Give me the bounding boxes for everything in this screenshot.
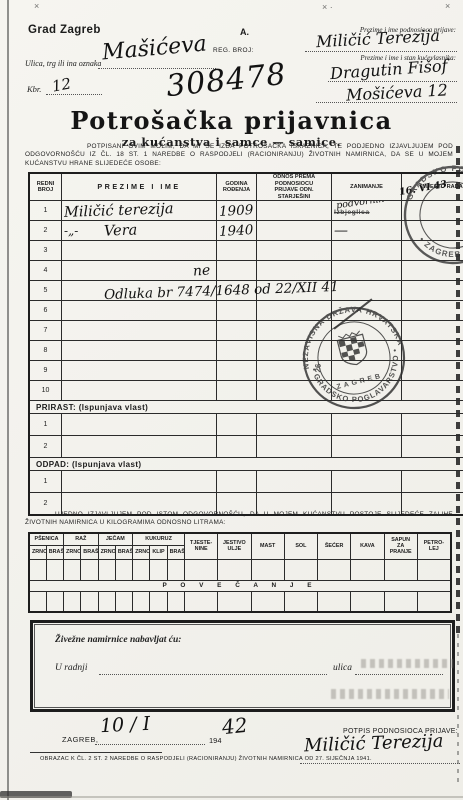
supplies-value-cell xyxy=(150,591,167,612)
sub-row-number: 2 xyxy=(29,436,62,458)
reg-number-handwriting: 308478 xyxy=(165,57,289,104)
supplies-sub-header: ZRNO xyxy=(133,545,150,559)
sub-workplace-cell xyxy=(402,471,463,493)
povecanje-label: P O V E Č A N J E xyxy=(29,580,451,591)
supplies-value-cell xyxy=(318,559,351,580)
odpad-section: ODPAD: (Ispunjava vlast) xyxy=(29,458,463,471)
supplies-group-header: MAST xyxy=(251,533,284,559)
struck-out-text: Izbjeglica xyxy=(334,209,370,216)
signature-line xyxy=(300,763,460,764)
odpad-section-row: 1 xyxy=(29,471,463,493)
person-name-cell: -„-Vera xyxy=(62,221,217,241)
person-row-number: 2 xyxy=(29,221,62,241)
supplies-group-header: SOL xyxy=(284,533,317,559)
sub-year-cell xyxy=(217,414,257,436)
persons-column-header: ODNOS PREMA PODNOSIOCU PRIJAVE ODN. STAR… xyxy=(257,173,332,201)
person-row-number: 8 xyxy=(29,341,62,361)
persons-column-header: ZANIMANJE xyxy=(332,173,402,201)
supplies-group-header-row: PŠENICARAŽJEČAMKUKURUZTJESTE- NINEJESTIV… xyxy=(29,533,451,545)
supplies-table-head: PŠENICARAŽJEČAMKUKURUZTJESTE- NINEJESTIV… xyxy=(29,533,451,559)
supplies-value-row xyxy=(29,559,451,580)
supplies-value-cell xyxy=(218,559,251,580)
supplies-value-cell xyxy=(167,591,184,612)
prirast-section-row: 1 xyxy=(29,414,463,436)
ditto-mark: -„- xyxy=(64,224,78,238)
street-value-handwriting: Mašićeva xyxy=(101,31,208,65)
person-name-cell xyxy=(62,241,217,261)
sub-workplace-cell xyxy=(402,436,463,458)
supplies-value-cell xyxy=(251,559,284,580)
supplies-group-header: SAPUN ZA PRANJE xyxy=(384,533,417,559)
sub-relation-cell xyxy=(257,436,332,458)
person-row-number: 4 xyxy=(29,261,62,281)
supplies-value-cell xyxy=(185,591,218,612)
svg-text:GRADSKO POGLAVARSTVO: GRADSKO POGLAVARSTVO xyxy=(405,152,463,227)
person-row: 4 xyxy=(29,261,463,281)
person-year-cell xyxy=(217,381,257,401)
person-row-number: 6 xyxy=(29,301,62,321)
purchase-line1: Živežne namirnice nabavljat ću: xyxy=(55,635,181,645)
person-name-cell xyxy=(62,321,217,341)
person-row-number: 10 xyxy=(29,381,62,401)
supplies-sub-header: ZRNO xyxy=(29,545,46,559)
person-relation-cell xyxy=(257,201,332,221)
pencil-mark: × xyxy=(34,1,39,11)
person-year-handwriting: 1909 xyxy=(219,202,254,220)
ink-offset-smudge xyxy=(361,659,453,668)
persons-column-header: PREZIME I IME xyxy=(62,173,217,201)
supplies-value-cell xyxy=(384,559,417,580)
supplies-table-body: P O V E Č A N J E xyxy=(29,559,451,612)
street-label: Ulica, trg ili ina oznaka xyxy=(25,59,101,68)
reg-number-label: REG. BROJ: xyxy=(213,47,254,54)
purchase-box: Živežne namirnice nabavljat ću: U radnji… xyxy=(30,620,455,712)
form-title: Potrošačka prijavnica xyxy=(0,106,463,135)
supplies-sub-header: BRAŠNO xyxy=(81,545,98,559)
house-number-label: Kbr. xyxy=(27,84,41,94)
supplies-value-cell xyxy=(351,559,384,580)
supplies-group-header: PŠENICA xyxy=(29,533,64,545)
person-occupation-dash: — xyxy=(334,223,348,239)
person-year-cell xyxy=(217,241,257,261)
supplies-group-header: JESTIVO ULJE xyxy=(218,533,251,559)
person-relation-cell xyxy=(257,241,332,261)
supplies-value-cell xyxy=(29,559,46,580)
supplies-value-cell xyxy=(284,559,317,580)
sub-row-number: 1 xyxy=(29,414,62,436)
supplies-value-cell xyxy=(417,591,451,612)
supplies-table: PŠENICARAŽJEČAMKUKURUZTJESTE- NINEJESTIV… xyxy=(28,532,452,613)
sub-year-cell xyxy=(217,471,257,493)
sub-occupation-cell xyxy=(332,471,402,493)
supplies-sub-header: BRAŠNO xyxy=(46,545,63,559)
person-workplace-cell xyxy=(402,301,463,321)
person-year-cell xyxy=(217,361,257,381)
stamp2-side-number: 26 xyxy=(314,363,323,373)
supplies-value-cell xyxy=(284,591,317,612)
supplies-value-cell xyxy=(46,559,63,580)
scan-bottom-line xyxy=(0,796,463,798)
supplies-sub-header: KLIP xyxy=(150,545,167,559)
sub-workplace-cell xyxy=(402,414,463,436)
supplies-group-header: KUKURUZ xyxy=(133,533,185,545)
supplies-value-cell xyxy=(64,591,81,612)
supplies-value-cell xyxy=(115,559,132,580)
supplies-value-cell xyxy=(81,559,98,580)
stamp2-coat-of-arms xyxy=(336,330,369,367)
person-name-handwriting: Vera xyxy=(104,222,138,239)
sub-relation-cell xyxy=(257,471,332,493)
supplies-sub-header: ZRNO xyxy=(98,545,115,559)
sub-name-cell xyxy=(62,436,217,458)
sub-row-number: 1 xyxy=(29,471,62,493)
sub-occupation-cell xyxy=(332,436,402,458)
supplies-value-row xyxy=(29,591,451,612)
ne-annotation-handwriting: ne xyxy=(192,262,210,279)
person-name-cell: Miličić terezija xyxy=(62,201,217,221)
declaration-paragraph: POTPISANI OVIM MOLIM, DA MI SE IZDA POTR… xyxy=(25,143,453,168)
sub-year-cell xyxy=(217,436,257,458)
odpad-section-label: ODPAD: (Ispunjava vlast) xyxy=(29,458,463,471)
supplies-value-cell xyxy=(384,591,417,612)
supplies-group-header: ŠEĆER xyxy=(318,533,351,559)
person-row-number: 9 xyxy=(29,361,62,381)
footer-rule xyxy=(30,752,162,753)
supplies-value-cell xyxy=(29,591,46,612)
supplies-value-cell xyxy=(81,591,98,612)
person-row-number: 7 xyxy=(29,321,62,341)
year-handwriting: 42 xyxy=(221,713,249,740)
supplies-group-header: RAŽ xyxy=(64,533,99,545)
shop-line xyxy=(99,674,327,675)
supplies-group-header: KAVA xyxy=(351,533,384,559)
footer-note: OBRAZAC K ČL. 2 ST. 2 NAREDBE O RASPODJE… xyxy=(40,756,440,762)
supplies-sub-header: BRAŠNO xyxy=(115,545,132,559)
ink-offset-smudge xyxy=(331,689,449,699)
supplies-value-cell xyxy=(318,591,351,612)
supplies-declaration-paragraph: UJEDNO IZJAVLJUJEM POD ISTOM ODGOVORNOŠĆ… xyxy=(25,511,453,528)
person-year-cell xyxy=(217,321,257,341)
person-name-cell xyxy=(62,381,217,401)
povecanje-row: P O V E Č A N J E xyxy=(29,580,451,591)
supplies-value-cell xyxy=(185,559,218,580)
stamp1-arc-top-text: GRADSKO POGLAVARSTVO xyxy=(405,152,463,227)
person-row-number: 5 xyxy=(29,281,62,301)
in-shop-label: U radnji xyxy=(55,663,87,673)
box-street-label: ulica xyxy=(333,663,352,673)
supplies-value-cell xyxy=(98,591,115,612)
persons-column-header: GODINA ROĐENJA xyxy=(217,173,257,201)
persons-column-header: REDNI BROJ xyxy=(29,173,62,201)
supplies-value-cell xyxy=(64,559,81,580)
person-occupation-cell: podvornikIzbjeglica xyxy=(332,201,402,221)
signature-handwriting: Miličić Terezija xyxy=(304,731,444,757)
scanned-form-page: × × · × Grad Zagreb Ulica, trg ili ina o… xyxy=(0,0,463,800)
landlord-address-handwriting: Mošićeva 12 xyxy=(346,80,449,104)
supplies-value-cell xyxy=(167,559,184,580)
person-workplace-cell xyxy=(402,321,463,341)
person-name-cell xyxy=(62,341,217,361)
pencil-mark: × · xyxy=(322,2,333,12)
supplies-value-cell xyxy=(251,591,284,612)
date-handwriting: 10 / I xyxy=(99,713,150,738)
sub-name-cell xyxy=(62,414,217,436)
supplies-value-cell xyxy=(150,559,167,580)
supplies-value-cell xyxy=(115,591,132,612)
supplies-sub-header: ZRNO xyxy=(64,545,81,559)
city-heading: Grad Zagreb xyxy=(28,24,101,36)
supplies-value-cell xyxy=(46,591,63,612)
date-line xyxy=(95,744,205,745)
person-year-handwriting: 1940 xyxy=(219,222,254,240)
prirast-section-row: 2 xyxy=(29,436,463,458)
person-name-cell xyxy=(62,301,217,321)
person-year-cell xyxy=(217,261,257,281)
year-print: 194 xyxy=(209,736,222,745)
person-year-cell xyxy=(217,301,257,321)
footer-city-label: ZAGREB, xyxy=(62,735,98,744)
person-row-number: 3 xyxy=(29,241,62,261)
pencil-mark: × xyxy=(445,1,450,11)
person-name-cell xyxy=(62,361,217,381)
supplies-value-cell xyxy=(133,559,150,580)
supplies-value-cell xyxy=(133,591,150,612)
supplies-sub-header: BRAŠNO xyxy=(167,545,184,559)
supplies-group-header: PETRO- LEJ xyxy=(417,533,451,559)
supplies-value-cell xyxy=(417,559,451,580)
person-year-cell: 1940 xyxy=(217,221,257,241)
person-occupation-cell xyxy=(332,261,402,281)
supplies-group-header: TJESTE- NINE xyxy=(185,533,218,559)
applicant-line xyxy=(305,51,457,52)
supplies-value-cell xyxy=(98,559,115,580)
person-name-handwriting: Miličić terezija xyxy=(64,201,174,221)
sub-name-cell xyxy=(62,471,217,493)
person-year-cell: 1909 xyxy=(217,201,257,221)
person-workplace-cell xyxy=(402,281,463,301)
person-year-cell xyxy=(217,341,257,361)
scan-right-deckle-edge-lower xyxy=(457,634,459,784)
section-letter: A. xyxy=(240,27,249,37)
person-row-number: 1 xyxy=(29,201,62,221)
house-number-handwriting: 12 xyxy=(51,74,73,95)
supplies-value-cell xyxy=(351,591,384,612)
supplies-group-header: JEČAM xyxy=(98,533,133,545)
box-street-line xyxy=(355,674,443,675)
supplies-value-cell xyxy=(218,591,251,612)
person-relation-cell xyxy=(257,221,332,241)
person-relation-cell xyxy=(257,261,332,281)
